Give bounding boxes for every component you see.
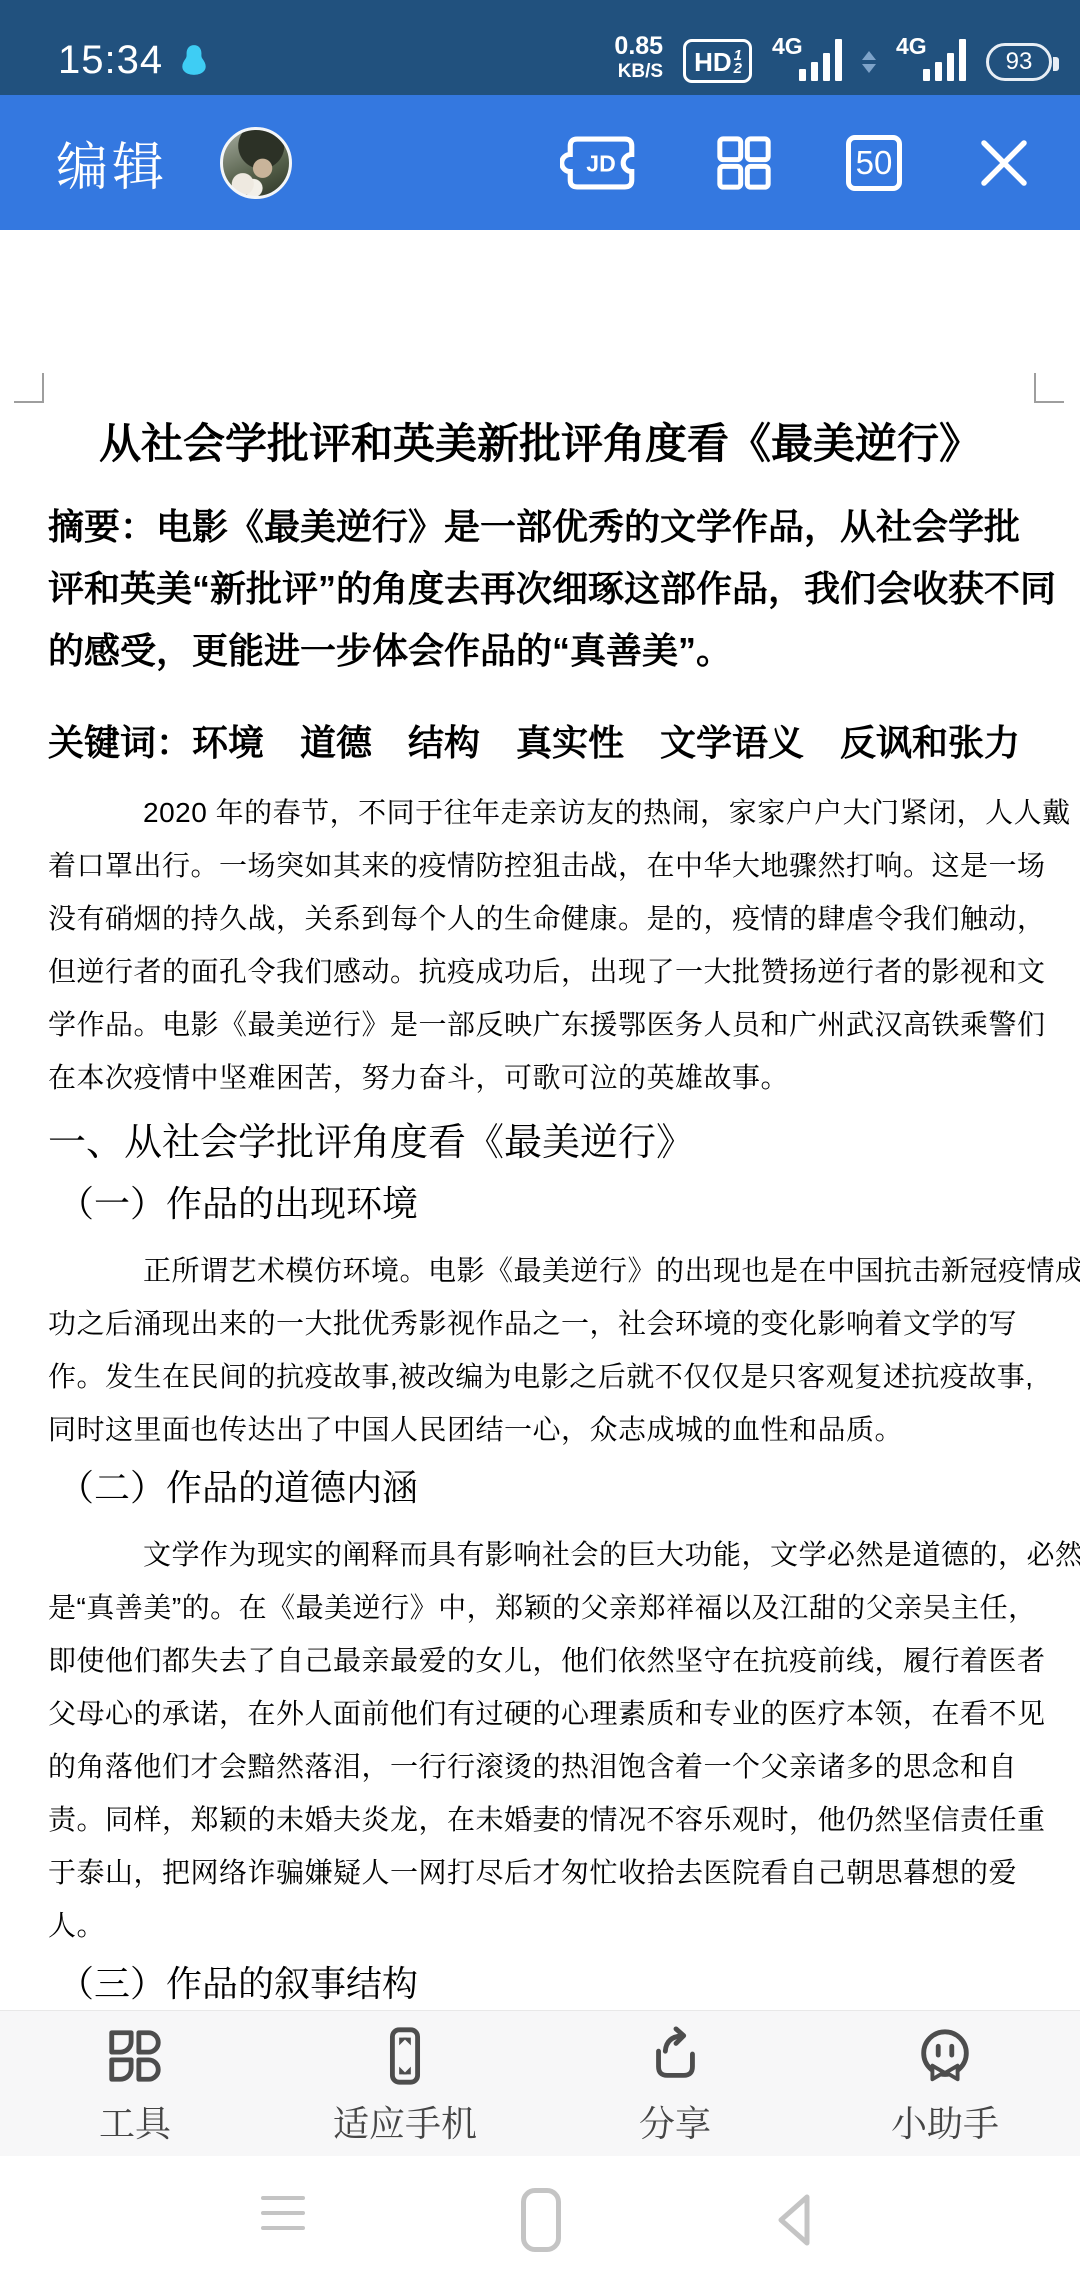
qq-notification-icon [179,44,209,78]
screen: 15:34 0.85 KB/S HD 12 4G 4G [0,0,1080,2280]
doc-line: 是“真善美”的。在《最美逆行》中，郑颖的父亲郑祥福以及江甜的父亲吴主任， [48,1581,1032,1634]
doc-line: 一、从社会学批评角度看《最美逆行》 [48,1114,1032,1172]
doc-block-title: 从社会学批评和英美新批评角度看《最美逆行》 [48,416,1032,472]
battery-icon: 93 [986,43,1052,81]
doc-block-subheading: （三）作品的叙事结构 [48,1956,1032,2010]
document-content[interactable]: 从社会学批评和英美新批评角度看《最美逆行》摘要：电影《最美逆行》是一部优秀的文学… [48,230,1032,2010]
doc-line: 的感受，更能进一步体会作品的“真善美”。 [48,620,1032,682]
status-bar: 15:34 0.85 KB/S HD 12 4G 4G [0,0,1080,95]
tools-grid-icon [104,2025,166,2087]
page-count-icon[interactable]: 50 [846,135,902,191]
apps-grid-icon[interactable] [714,133,774,193]
share-label: 分享 [639,2096,711,2147]
assistant-face-icon [914,2025,976,2087]
fit-phone-icon [374,2025,436,2087]
doc-line: 在本次疫情中坚难困苦，努力奋斗，可歌可泣的英雄故事。 [48,1051,1032,1104]
sim1-signal-icon: 4G [772,33,842,83]
network-speed: 0.85 KB/S [614,34,663,83]
fit-phone-label: 适应手机 [333,2096,477,2147]
back-icon[interactable] [770,2192,816,2253]
jd-coupon-label: JD [586,150,615,176]
doc-line: 即使他们都失去了自己最亲最爱的女儿，他们依然坚守在抗疫前线，履行着医者 [48,1634,1032,1687]
doc-block-abstract: 摘要：电影《最美逆行》是一部优秀的文学作品，从社会学批评和英美“新批评”的角度去… [48,496,1032,682]
doc-line: 从社会学批评和英美新批评角度看《最美逆行》 [48,416,1032,472]
doc-block-para: 文学作为现实的阐释而具有影响社会的巨大功能，文学必然是道德的，必然是“真善美”的… [48,1528,1032,1952]
doc-line: 于泰山，把网络诈骗嫌疑人一网打尽后才匆忙收拾去医院看自己朝思暮想的爱 [48,1846,1032,1899]
doc-line: 正所谓艺术模仿环境。电影《最美逆行》的出现也是在中国抗击新冠疫情成 [48,1244,1032,1297]
tools-button[interactable]: 工具 [0,2021,270,2147]
page-corner-mark-left [14,373,44,403]
doc-line: 父母心的承诺，在外人面前他们有过硬的心理素质和专业的医疗本领，在看不见 [48,1687,1032,1740]
doc-line: （三）作品的叙事结构 [48,1956,1032,2010]
document-page: 从社会学批评和英美新批评角度看《最美逆行》摘要：电影《最美逆行》是一部优秀的文学… [0,230,1080,2010]
doc-line: 的角落他们才会黯然落泪，一行行滚烫的热泪饱含着一个父亲诸多的思念和自 [48,1740,1032,1793]
app-bar: 编辑 JD 50 [0,95,1080,230]
sim2-signal-icon: 4G [896,33,966,83]
close-icon[interactable] [974,133,1034,193]
doc-line: 着口罩出行。一场突如其来的疫情防控狙击战，在中华大地骤然打响。这是一场 [48,839,1032,892]
volte-hd-icon: HD 12 [683,39,752,83]
doc-block-subheading: （二）作品的道德内涵 [48,1460,1032,1516]
doc-line: 文学作为现实的阐释而具有影响社会的巨大功能，文学必然是道德的，必然 [48,1528,1032,1581]
tools-label: 工具 [99,2096,171,2147]
doc-block-keywords: 关键词：环境 道德 结构 真实性 文学语义 反讽和张力 [48,712,1032,774]
doc-line: 作。发生在民间的抗疫故事,被改编为电影之后就不仅仅是只客观复述抗疫故事, [48,1350,1032,1403]
page-corner-mark-right [1034,373,1064,403]
doc-line: 学作品。电影《最美逆行》是一部反映广东援鄂医务人员和广州武汉高铁乘警们 [48,998,1032,1051]
doc-line: 功之后涌现出来的一大批优秀影视作品之一，社会环境的变化影响着文学的写 [48,1297,1032,1350]
doc-line: 关键词：环境 道德 结构 真实性 文学语义 反讽和张力 [48,712,1032,774]
doc-line: 2020 年的春节，不同于往年走亲访友的热闹，家家户户大门紧闭，人人戴 [48,786,1032,839]
share-icon [644,2025,706,2087]
doc-line: （一）作品的出现环境 [48,1176,1032,1232]
doc-line: 摘要：电影《最美逆行》是一部优秀的文学作品，从社会学批 [48,496,1032,558]
jd-coupon-icon[interactable]: JD [560,132,642,194]
doc-line: 但逆行者的面孔令我们感动。抗疫成功后，出现了一大批赞扬逆行者的影视和文 [48,945,1032,998]
data-sync-arrows-icon [862,51,876,83]
bottom-toolbar: 工具 适应手机 [0,2010,1080,2156]
doc-line: 评和英美“新批评”的角度去再次细琢这部作品，我们会收获不同 [48,558,1032,620]
status-time: 15:34 [58,38,163,83]
assistant-button[interactable]: 小助手 [810,2021,1080,2147]
doc-block-para: 2020 年的春节，不同于往年走亲访友的热闹，家家户户大门紧闭，人人戴着口罩出行… [48,786,1032,1104]
doc-line: 同时这里面也传达出了中国人民团结一心，众志成城的血性和品质。 [48,1403,1032,1456]
doc-line: 责。同样，郑颖的未婚夫炎龙，在未婚妻的情况不容乐观时，他仍然坚信责任重 [48,1793,1032,1846]
avatar[interactable] [220,127,292,199]
doc-block-heading: 一、从社会学批评角度看《最美逆行》 [48,1114,1032,1172]
navigation-bar [0,2156,1080,2279]
edit-mode-button[interactable]: 编辑 [56,125,168,200]
assistant-label: 小助手 [891,2096,999,2147]
fit-phone-button[interactable]: 适应手机 [270,2021,540,2147]
doc-line: 人。 [48,1899,1032,1952]
menu-icon[interactable] [261,2196,305,2230]
doc-line: （二）作品的道德内涵 [48,1460,1032,1516]
doc-line: 没有硝烟的持久战，关系到每个人的生命健康。是的，疫情的肆虐令我们触动， [48,892,1032,945]
doc-block-subheading: （一）作品的出现环境 [48,1176,1032,1232]
share-button[interactable]: 分享 [540,2021,810,2147]
recents-icon[interactable] [521,2188,561,2252]
doc-block-para: 正所谓艺术模仿环境。电影《最美逆行》的出现也是在中国抗击新冠疫情成功之后涌现出来… [48,1244,1032,1456]
